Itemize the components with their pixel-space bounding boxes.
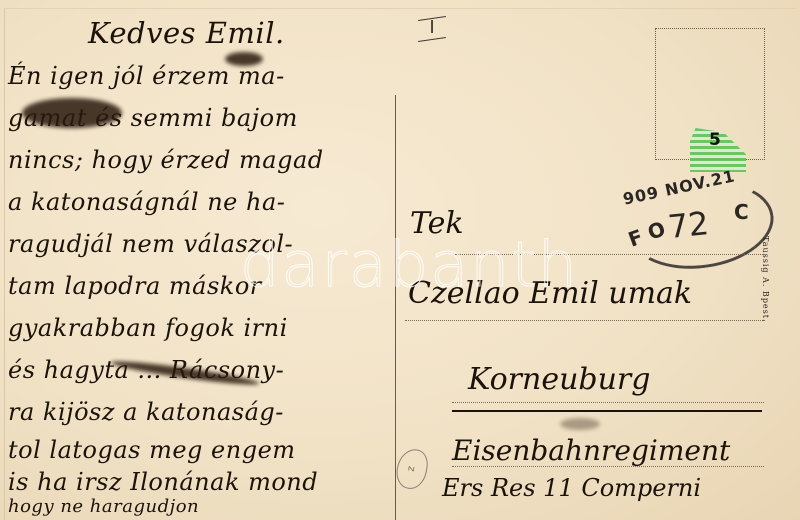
address-line-4 [452,466,764,467]
ink-smudge [560,418,600,430]
message-line: hogy ne haragudjon [8,496,199,517]
ink-blot [22,98,122,128]
center-divider [395,95,396,520]
address-unit: Ers Res 11 Comperni [442,474,701,502]
pencil-note: z [394,447,430,492]
address-town: Korneuburg [468,362,650,397]
message-line: gyakrabban fogok irni [8,314,288,342]
address-line-1 [455,254,765,255]
message-line: tol latogas meg engem [8,436,296,464]
message-line: a katonaságnál ne ha- [8,188,285,216]
postmark-suffix: C [734,200,749,224]
publisher-imprint: Taussig A. Bpest. [761,236,770,323]
postcard: Kedves Emil. Én igen jól érzem ma- gamat… [0,0,800,520]
stamp-value: 5 [709,130,721,150]
corner-mark: I [416,14,448,42]
address-underline [452,410,762,412]
message-line: Én igen jól érzem ma- [8,62,285,90]
address-regiment: Eisenbahnregiment [452,434,730,467]
address-line-3 [452,402,764,403]
message-line: is ha irsz Ilonának mond [8,468,318,496]
address-name: Czellao Emil umak [408,276,692,311]
postmark-number: 72 [666,204,710,246]
message-line: tam lapodra máskor [8,272,262,300]
message-line: ragudjál nem válaszol- [8,230,293,258]
address-line-2 [405,320,765,321]
message-line: ra kijösz a katonaság- [8,398,284,426]
address-title: Tek [410,206,464,241]
greeting: Kedves Emil. [88,16,285,50]
message-line: nincs; hogy érzed magad [8,146,324,174]
